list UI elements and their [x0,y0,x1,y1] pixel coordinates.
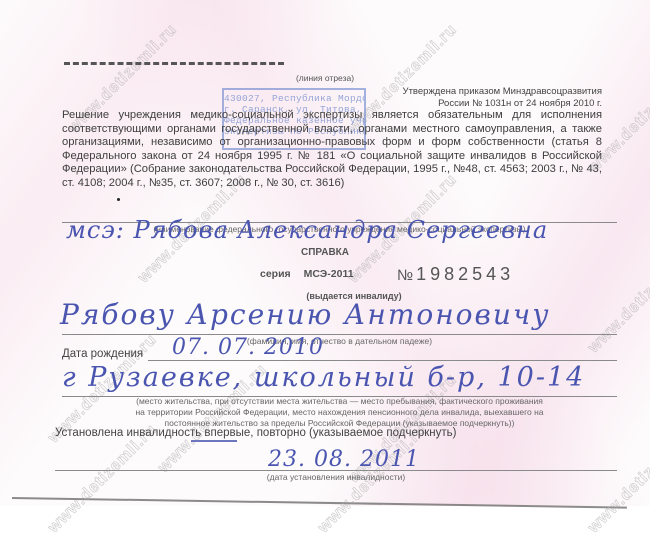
series-code: МСЭ-2011 [304,268,354,280]
legal-paragraph: Решение учреждения медико-социальной экс… [62,109,602,191]
stamp-line-1: 430027, Республика Мордовия, [224,93,364,104]
approval-note: Утверждена приказом Минздравсоцразвития … [403,86,602,110]
disability-date-hint: (дата установления инвалидности) [55,472,617,482]
dob-rule [148,360,617,361]
cut-line-label: (линия отреза) [0,73,650,83]
disability-date-handwritten: 23. 08. 2011 [268,447,420,472]
series: серия МСЭ-2011 [260,268,354,280]
disability-label: Установлена инвалидность впервые, повтор… [55,427,456,439]
disability-date-rule [55,470,617,471]
institution-handwritten: мсэ: Рябова Александра Сергеевна [66,216,548,244]
cut-line [64,62,284,65]
number-value: 1982543 [416,264,514,284]
address-handwritten: г Рузаевке, школьный б-р, 10-14 [62,362,585,393]
number-sign: № [397,267,413,284]
certificate-number: №1982543 [397,264,514,285]
document-title: СПРАВКА [0,247,650,258]
address-hint-line-2: на территории Российской Федерации, мест… [62,407,617,418]
approval-line-1: Утверждена приказом Минздравсоцразвития [403,86,602,98]
dob-handwritten: 07. 07. 2010 [172,335,324,360]
recipient-name-handwritten: Рябову Арсению Антоновичу [60,298,551,331]
dob-label: Дата рождения [62,348,143,360]
series-label: серия [260,268,291,280]
name-hint: (фамилия, имя, отчество в дательном паде… [62,336,617,346]
ink-dot [117,198,120,201]
name-rule [62,334,617,335]
address-hint: (место жительства, при отсутствии места … [62,396,617,429]
address-hint-line-1: (место жительства, при отсутствии места … [62,396,617,407]
underline-first-time [191,440,237,442]
